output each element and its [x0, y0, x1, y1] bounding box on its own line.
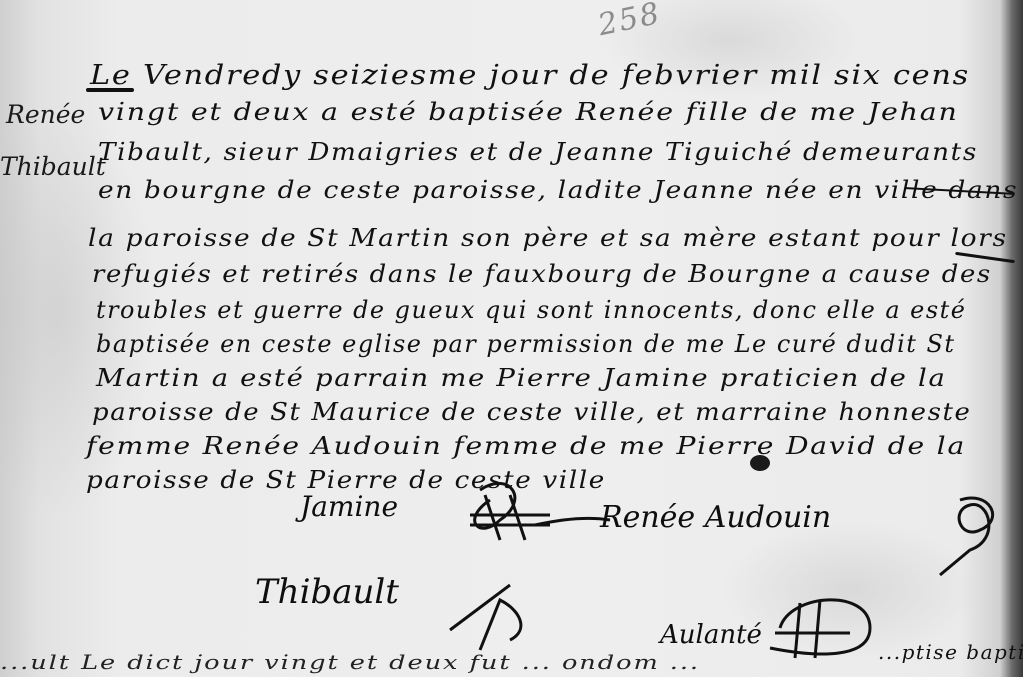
signature-paraph: [760, 588, 890, 668]
margin-note-first-name: Renée: [6, 100, 85, 129]
entry-line-9: Martin a esté parrain me Pierre Jamine p…: [96, 364, 947, 392]
manuscript-page: 258 Renée Thibault Le Vendredy seiziesme…: [0, 0, 1023, 677]
entry-line-3: Tibault, sieur Dmaigries et de Jeanne Ti…: [98, 138, 978, 166]
entry-line-4: en bourgne de ceste paroisse, ladite Jea…: [98, 176, 1018, 204]
entry-line-11: femme Renée Audouin femme de me Pierre D…: [86, 432, 966, 460]
entry-line-5: la paroisse de St Martin son père et sa …: [88, 224, 1008, 252]
entry-line-7: troubles et guerre de gueux qui sont inn…: [96, 296, 966, 324]
entry-line-2: vingt et deux a esté baptisée Renée fill…: [98, 98, 959, 126]
margin-note-surname: Thibault: [0, 152, 106, 181]
signature-priest: Aulanté: [660, 620, 762, 650]
entry-line-1: Le Vendredy seiziesme jour de febvrier m…: [90, 60, 970, 91]
ink-blot: [750, 455, 770, 471]
entry-line-6: refugiés et retirés dans le fauxbourg de…: [92, 260, 992, 288]
entry-line-10: paroisse de St Maurice de ceste ville, e…: [92, 398, 972, 426]
signature-flourish: [440, 470, 620, 560]
next-entry-fragment-right: ...ptise baptisé: [878, 640, 1023, 664]
signature-godfather: Jamine: [300, 490, 398, 523]
signature-paraph: [440, 580, 540, 660]
signature-father: Thibault: [255, 572, 399, 612]
signature-godmother: Renée Audouin: [600, 500, 831, 535]
underline-flourish: [86, 88, 134, 92]
entry-line-8: baptisée en ceste eglise par permission …: [96, 330, 956, 358]
signature-paraph: [920, 490, 1010, 580]
next-entry-fragment-left: ...ult Le dict jour vingt et deux fut ..…: [0, 650, 700, 674]
